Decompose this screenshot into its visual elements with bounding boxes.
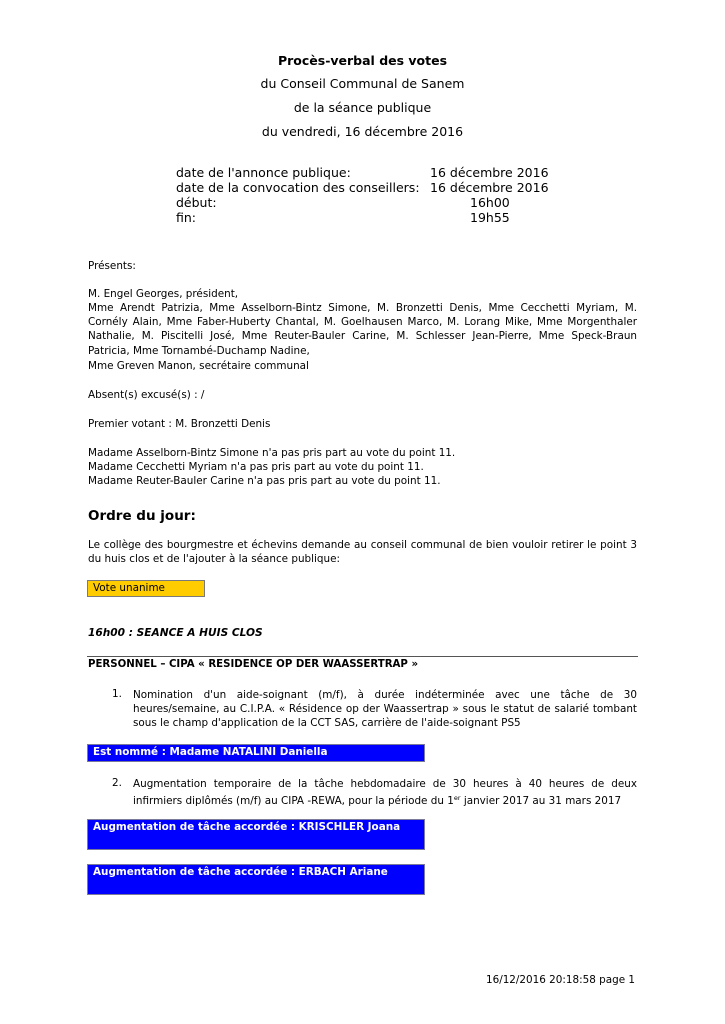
page-footer: 16/12/2016 20:18:58 page 1 [486, 974, 635, 986]
item-number: 2. [112, 777, 122, 789]
document-page: Procès-verbal des votes du Conseil Commu… [0, 0, 725, 1024]
section-title: PERSONNEL – CIPA « RESIDENCE OP DER WAAS… [88, 659, 418, 670]
header-session: de la séance publique [0, 100, 725, 115]
decision-badge: Augmentation de tâche accordée : ERBACH … [87, 864, 425, 895]
meta-value: 16h00 [470, 195, 510, 210]
section-divider [87, 656, 638, 657]
meta-label: date de l'annonce publique: [176, 165, 351, 180]
header-council: du Conseil Communal de Sanem [0, 76, 725, 91]
session-heading: 16h00 : SEANCE A HUIS CLOS [88, 627, 263, 639]
abstention-note: Madame Reuter-Bauler Carine n'a pas pris… [88, 474, 441, 488]
abstention-note: Madame Cecchetti Myriam n'a pas pris par… [88, 460, 424, 474]
item-text: Nomination d'un aide-soignant (m/f), à d… [133, 688, 637, 731]
presents-label: Présents: [88, 259, 136, 273]
item-text: Augmentation temporaire de la tâche hebd… [133, 777, 637, 808]
agenda-text: Le collège des bourgmestre et échevins d… [88, 538, 637, 566]
document-title: Procès-verbal des votes [0, 53, 725, 68]
meta-value: 19h55 [470, 210, 510, 225]
item-number: 1. [112, 688, 122, 700]
vote-result-badge: Vote unanime [87, 580, 205, 597]
meta-label: fin: [176, 210, 196, 225]
meta-value: 16 décembre 2016 [430, 180, 549, 195]
meta-label: date de la convocation des conseillers: [176, 180, 420, 195]
president: M. Engel Georges, président, [88, 287, 238, 301]
members-list: Mme Arendt Patrizia, Mme Asselborn-Bintz… [88, 301, 637, 358]
decision-badge: Est nommé : Madame NATALINI Daniella [87, 744, 425, 762]
decision-badge: Augmentation de tâche accordée : KRISCHL… [87, 819, 425, 850]
abstention-note: Madame Asselborn-Bintz Simone n'a pas pr… [88, 446, 455, 460]
agenda-heading: Ordre du jour: [88, 508, 196, 524]
meta-label: début: [176, 195, 217, 210]
meta-value: 16 décembre 2016 [430, 165, 549, 180]
header-date: du vendredi, 16 décembre 2016 [0, 124, 725, 139]
absents: Absent(s) excusé(s) : / [88, 388, 204, 402]
premier-votant: Premier votant : M. Bronzetti Denis [88, 417, 270, 431]
secretary: Mme Greven Manon, secrétaire communal [88, 359, 309, 373]
